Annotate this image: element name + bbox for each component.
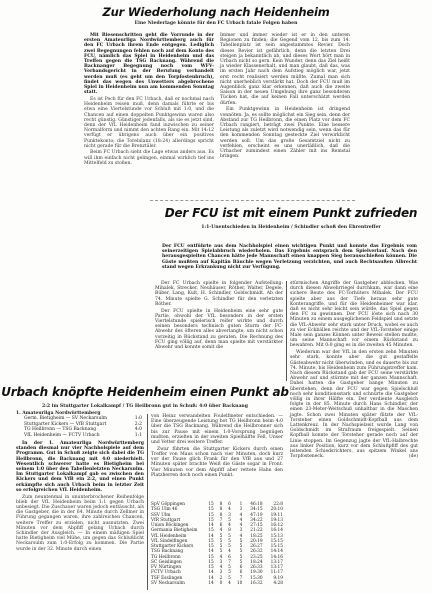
divider [150,200,355,201]
article2-paragraph: Der FC Urbach spielte in folgender Aufst… [155,281,283,307]
result-score: 1:1 [135,433,142,438]
losses: 10 [231,581,243,586]
byline: (de) [403,454,418,459]
table-row: SV Neckarsulm14041016:324:28 [151,581,283,586]
article3-headline: Urbach knöpfte Heidenheim einen Punkt ab [0,385,290,399]
article3-paragraph: Zwar führten die Stuttgarter Kickers dur… [151,447,283,478]
article2-paragraph-text: Wiederum war der VfL in den ersten zehn … [290,350,418,459]
article2-column-1: Der FC Urbach spielte in folgender Aufst… [155,281,283,352]
article2-column-2: stürmischen Angriffe der Gastgeber abblo… [290,281,418,461]
draws: 4 [222,581,231,586]
result-row: VfL Heidenheim — FCTV Urbach1:1 [16,433,142,438]
article3-paragraph: In der 1. Amateurliga Nordwürttemberg st… [16,441,144,493]
article3-paragraph: Zum neuntenmal in ununterbrochener Reihe… [16,495,144,552]
column-rule [286,281,287,381]
article1-paragraph: Es ist Pech für den FC Urbach, daß er no… [84,97,214,149]
wins: 0 [214,581,223,586]
article3-subheadline: 2:2 im Stuttgarter Lokalkampf / TG Heilb… [0,404,290,409]
team: Germania Bietigheim [151,528,202,533]
article1-paragraph: Immer und immer wieder ist er in den unt… [220,33,350,106]
column-rule [147,414,148,590]
team: SV Neckarsulm [151,581,202,586]
article3-column-1: In der 1. Amateurliga Nordwürttemberg st… [16,441,144,553]
article2-headline: Der FCU ist mit einem Punkt zufrieden [150,206,432,220]
article1-paragraph: Mit Riesenschritten geht die Vorrunde in… [84,33,214,95]
article3-paragraph: von Heinz verwandelten Foulelfmeter ents… [151,414,283,445]
article2-lead: Der FCU entführte aus dem Nachholspiel e… [162,244,417,272]
article2-lead-text: Der FCU entführte aus dem Nachholspiel e… [162,244,417,270]
article1-headline: Zur Wiederholung nach Heidenheim [0,5,432,19]
article1-column-2: Immer und immer wieder ist er in den unt… [220,33,350,161]
article3-column-2: von Heinz verwandelten Foulelfmeter ents… [151,414,283,479]
article1-column-1: Mit Riesenschritten geht die Vorrunde in… [84,33,214,168]
games: 14 [202,581,214,586]
article1-paragraph: Ein Punktgewinn in Heidenheim ist dringe… [220,107,350,159]
article2-paragraph: Der FCU spielte in Heidenheim eine sehr … [155,309,283,351]
article1-subheadline: Eine Niederlage könnte für den FC Urbach… [0,21,432,26]
article2-paragraph: stürmischen Angriffe der Gastgeber abblo… [290,281,418,349]
league-table: SpV Göppingen1586146:1822:8 TSG Ulm 4615… [151,502,283,586]
article2-paragraph: Wiederum war der VfL in den ersten zehn … [290,350,418,459]
article1-paragraph: Beim FC Urbach sieht die Lage etwas ande… [84,150,214,166]
goals: 16:32 [242,581,262,586]
result-match: VfL Heidenheim — FCTV Urbach [24,433,100,438]
points: 4:28 [263,581,283,586]
newspaper-page: Zur Wiederholung nach Heidenheim Eine Ni… [0,0,432,594]
results-box: 1. Amateurliga Nordwürttemberg Germ. Bie… [16,411,142,438]
article2-subheadline: 1:1-Unentschieden in Heidenheim / Schind… [150,225,432,230]
